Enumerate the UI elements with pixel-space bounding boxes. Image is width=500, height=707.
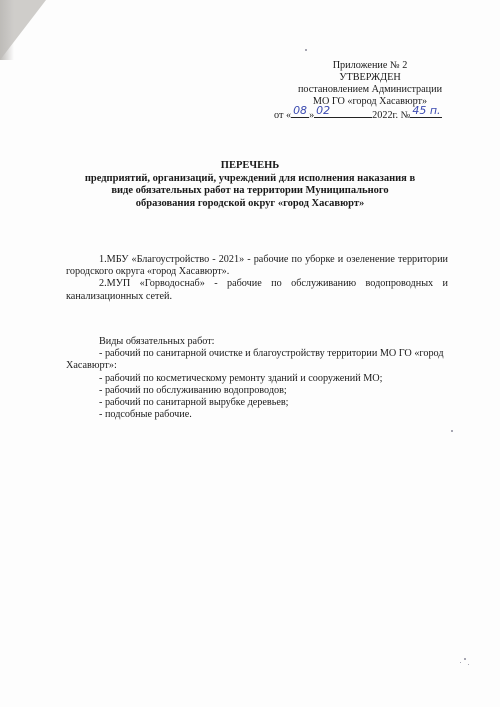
month-field: 02: [314, 108, 372, 118]
organizations-list: 1.МБУ «Благоустройство - 2021» - рабочие…: [66, 254, 448, 303]
work-type-item: - подсобные рабочие.: [66, 409, 448, 421]
approval-date-line: от «08»022022г. №45 п.: [270, 108, 470, 122]
scan-speck: [460, 662, 461, 663]
scan-speck: [305, 49, 307, 51]
approved-label: УТВЕРЖДЕН: [270, 72, 470, 84]
date-prefix: от «: [274, 110, 291, 121]
day-handwritten: 08: [293, 105, 307, 117]
day-field: 08: [291, 108, 309, 118]
scan-speck: [464, 658, 466, 660]
page-corner-shadow: [0, 0, 14, 60]
organization-item: 1.МБУ «Благоустройство - 2021» - рабочие…: [66, 254, 448, 278]
work-type-item: - рабочий по обслуживанию водопроводов;: [66, 385, 448, 397]
title-line-3: образования городской округ «город Хасав…: [60, 198, 440, 211]
month-handwritten: 02: [316, 105, 330, 117]
work-type-item: - рабочий по косметическому ремонту здан…: [66, 373, 448, 385]
title-line-2: виде обязательных работ на территории Му…: [60, 185, 440, 198]
work-types-heading: Виды обязательных работ:: [66, 336, 448, 348]
approval-stamp: Приложение № 2 УТВЕРЖДЕН постановлением …: [270, 60, 470, 122]
work-type-item: - рабочий по санитарной вырубке деревьев…: [66, 397, 448, 409]
document-title: ПЕРЕЧЕНЬ предприятий, организаций, учреж…: [60, 160, 440, 210]
number-handwritten: 45 п.: [412, 105, 440, 117]
appendix-number: Приложение № 2: [270, 60, 470, 72]
title-heading: ПЕРЕЧЕНЬ: [60, 160, 440, 173]
number-field: 45 п.: [410, 108, 442, 118]
organization-item: 2.МУП «Горводоснаб» - рабочие по обслужи…: [66, 278, 448, 302]
resolution-label: постановлением Администрации: [270, 84, 470, 96]
title-line-1: предприятий, организаций, учреждений для…: [60, 173, 440, 186]
work-types-section: Виды обязательных работ: - рабочий по са…: [66, 336, 448, 421]
year-label: 2022г. №: [372, 110, 410, 121]
scan-speck: [451, 430, 453, 432]
scan-speck: [468, 664, 469, 665]
work-type-item: - рабочий по санитарной очистке и благоу…: [66, 348, 448, 372]
